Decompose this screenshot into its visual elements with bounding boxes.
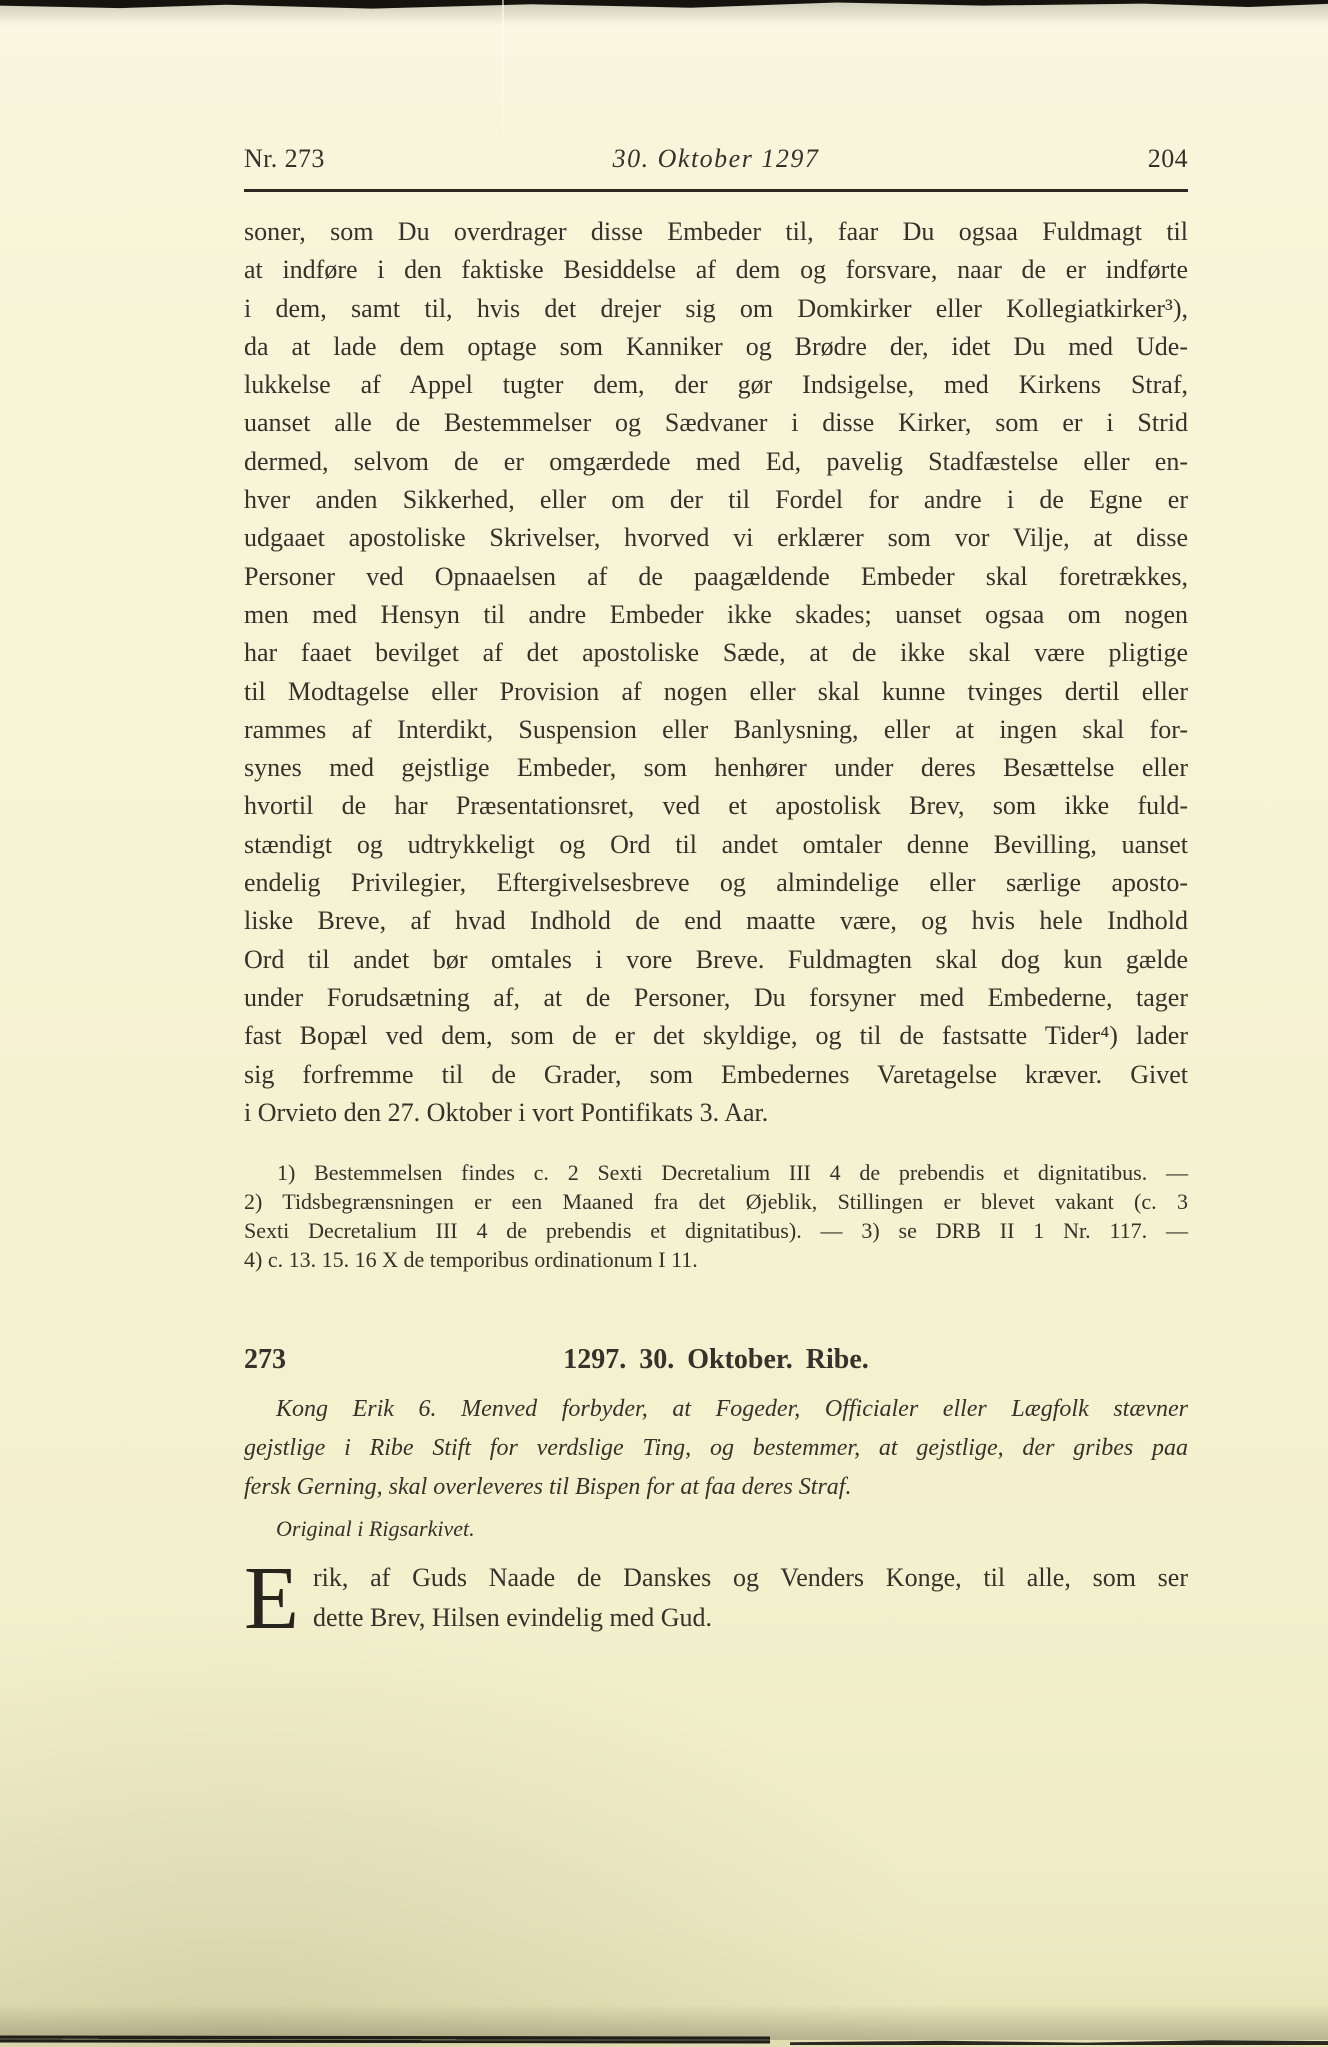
footnote-line: 1) Bestemmelsen findes c. 2 Sexti Decret…: [244, 1158, 1188, 1187]
summary-paragraph: Kong Erik 6. Menved forbyder, at Fogeder…: [244, 1390, 1188, 1507]
footnote-line: 2) Tidsbegrænsningen er een Maaned fra d…: [244, 1187, 1188, 1216]
entry-number-running: Nr. 273: [244, 144, 325, 174]
running-header-date: 30. Oktober 1297: [244, 144, 1188, 174]
scan-edge-bottom-shadow: [0, 2004, 1328, 2040]
summary-line: fersk Gerning, skal overleveres til Bisp…: [244, 1468, 1188, 1507]
source-note: Original i Rigsarkivet.: [244, 1516, 1188, 1542]
body-line: fast Bopæl ved dem, som de er det skyldi…: [244, 1017, 1188, 1055]
book-page: Nr. 273 30. Oktober 1297 204 soner, som …: [0, 0, 1328, 2047]
letter-line: dette Brev, Hilsen evindelig med Gud.: [244, 1598, 1188, 1638]
section-title: 1297. 30. Oktober. Ribe.: [244, 1344, 1188, 1376]
section-number: 273: [244, 1344, 286, 1376]
body-line: under Forudsætning af, at de Personer, D…: [244, 979, 1188, 1017]
letter-lines: rik, af Guds Naade de Danskes og Venders…: [244, 1558, 1188, 1638]
footnote-line: 4) c. 13. 15. 16 X de temporibus ordinat…: [244, 1245, 1188, 1274]
body-line: stændigt og udtrykkeligt og Ord til ande…: [244, 826, 1188, 864]
body-line: at indføre i den faktiske Besiddelse af …: [244, 251, 1188, 289]
body-line: sig forfremme til de Grader, som Embeder…: [244, 1056, 1188, 1094]
body-line: uanset alle de Bestemmelser og Sædvaner …: [244, 404, 1188, 442]
body-line: i dem, samt til, hvis det drejer sig om …: [244, 290, 1188, 328]
body-line: synes med gejstlige Embeder, som henhøre…: [244, 749, 1188, 787]
body-line: soner, som Du overdrager disse Embeder t…: [244, 213, 1188, 251]
body-line: hvortil de har Præsentationsret, ved et …: [244, 787, 1188, 825]
footnote-line: Sexti Decretalium III 4 de prebendis et …: [244, 1216, 1188, 1245]
running-header: Nr. 273 30. Oktober 1297 204: [244, 144, 1188, 180]
body-line: men med Hensyn til andre Embeder ikke sk…: [244, 596, 1188, 634]
page-number: 204: [1148, 144, 1188, 174]
body-line: dermed, selvom de er omgærdede med Ed, p…: [244, 443, 1188, 481]
letter-paragraph: E rik, af Guds Naade de Danskes og Vende…: [244, 1558, 1188, 1638]
letter-line: rik, af Guds Naade de Danskes og Venders…: [244, 1558, 1188, 1598]
dropcap-initial: E: [244, 1558, 313, 1636]
body-line: da at lade dem optage som Kanniker og Br…: [244, 328, 1188, 366]
body-paragraph: soner, som Du overdrager disse Embeder t…: [244, 213, 1188, 1132]
body-line: rammes af Interdikt, Suspension eller Ba…: [244, 711, 1188, 749]
summary-line: gejstlige i Ribe Stift for verdslige Tin…: [244, 1429, 1188, 1468]
summary-line: Kong Erik 6. Menved forbyder, at Fogeder…: [244, 1390, 1188, 1429]
body-line: lukkelse af Appel tugter dem, der gør In…: [244, 366, 1188, 404]
body-line: i Orvieto den 27. Oktober i vort Pontifi…: [244, 1094, 1188, 1132]
body-line: Ord til andet bør omtales i vore Breve. …: [244, 941, 1188, 979]
body-line: hver anden Sikkerhed, eller om der til F…: [244, 481, 1188, 519]
body-line: udgaaet apostoliske Skrivelser, hvorved …: [244, 519, 1188, 557]
scan-edge-bottom-left: [0, 2035, 770, 2043]
body-line: endelig Privilegier, Eftergivelsesbreve …: [244, 864, 1188, 902]
body-line: liske Breve, af hvad Indhold de end maat…: [244, 902, 1188, 940]
body-line: til Modtagelse eller Provision af nogen …: [244, 673, 1188, 711]
footnotes: 1) Bestemmelsen findes c. 2 Sexti Decret…: [244, 1158, 1188, 1274]
section-heading: 273 1297. 30. Oktober. Ribe.: [244, 1344, 1188, 1378]
body-line: har faaet bevilget af det apostoliske Sæ…: [244, 634, 1188, 672]
header-rule: [244, 189, 1188, 192]
body-line: Personer ved Opnaaelsen af de paagældend…: [244, 558, 1188, 596]
